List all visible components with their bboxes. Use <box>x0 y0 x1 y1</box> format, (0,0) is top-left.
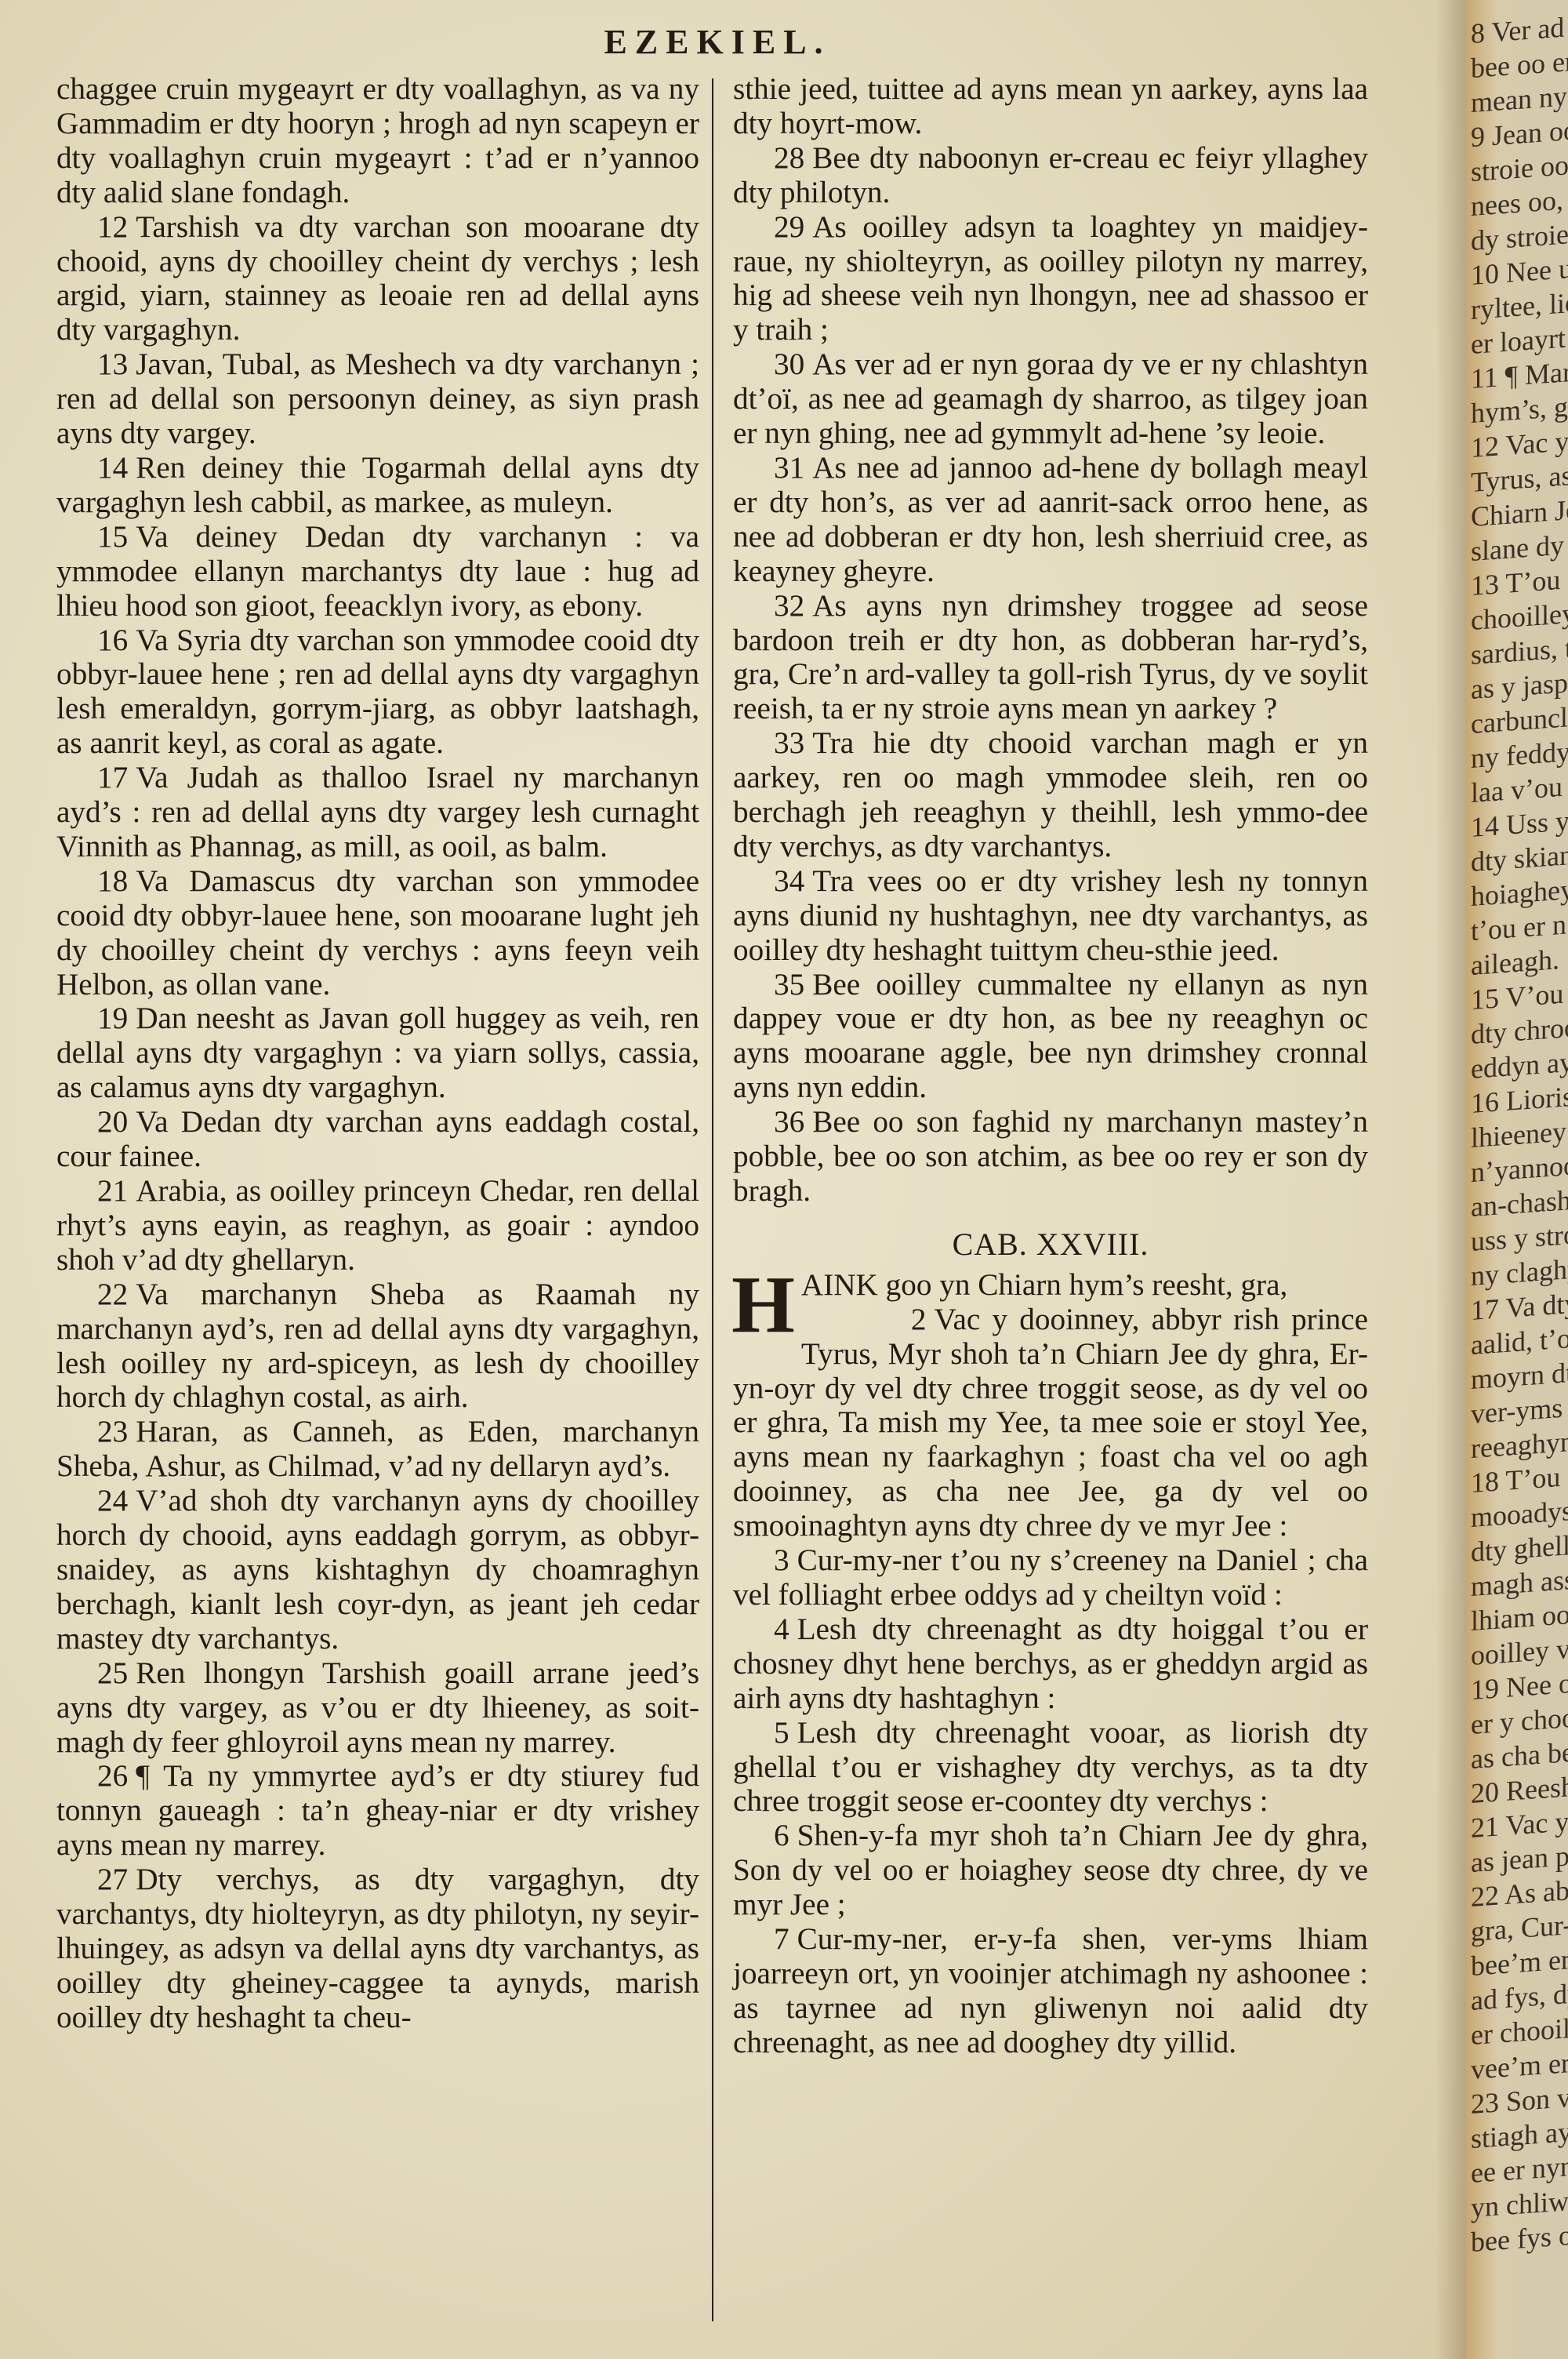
verse: 4Lesh dty chreenaght as dty hoiggal t’ou… <box>733 1612 1368 1716</box>
verse-text: Va Damascus dty varchan son ymmodee cooi… <box>56 864 699 1001</box>
verse: 3Cur-my-ner t’ou ny s’creeney na Daniel … <box>733 1543 1368 1612</box>
verse: 7Cur-my-ner, er-y-fa shen, ver-yms lhiam… <box>733 1922 1368 2060</box>
verse: 20Va Dedan dty varchan ayns eaddagh cost… <box>56 1105 699 1174</box>
chapter-heading: CAB. XXVIII. <box>733 1227 1368 1262</box>
verse-text: Lesh dty chreenaght as dty hoiggal t’ou … <box>733 1612 1368 1715</box>
verse-number: 21 <box>97 1174 128 1208</box>
verse: 21Arabia, as ooilley princeyn Chedar, re… <box>56 1174 699 1278</box>
verse: 15Va deiney Dedan dty varchanyn : va ymm… <box>56 520 699 623</box>
verse-number: 6 <box>774 1819 789 1852</box>
verse-number: 29 <box>774 210 804 244</box>
column-divider <box>712 78 713 2321</box>
verse-text: Va deiney Dedan dty varchanyn : va ymmod… <box>56 520 699 623</box>
verse-text: Shen-y-fa myr shoh ta’n Chiarn Jee dy gh… <box>733 1819 1368 1921</box>
verse: 32As ayns nyn drimshey troggee ad seose … <box>733 589 1368 727</box>
verse-text: Va Judah as thalloo Israel ny marchanyn … <box>56 761 699 863</box>
verse-number: 36 <box>774 1105 804 1139</box>
drop-cap: H <box>731 1271 795 1339</box>
verse: 27Dty verchys, as dty vargaghyn, dty var… <box>56 1863 699 2035</box>
verse-text: ¶ Ta ny ymmyrtee ayd’s er dty stiurey fu… <box>56 1759 699 1862</box>
right-verse-list: 28Bee dty naboonyn er-creau ec feiyr yll… <box>733 141 1368 1209</box>
verse-number: 32 <box>774 589 804 623</box>
verse: 30As ver ad er nyn goraa dy ve er ny chl… <box>733 347 1368 451</box>
next-page-edge: 8 Ver ad lhieu sbee oo er dty stroie,mea… <box>1466 0 1568 2359</box>
verse-number: 18 <box>97 864 128 898</box>
verse-number: 4 <box>774 1612 789 1646</box>
verse: 14Ren deiney thie Togarmah dellal ayns d… <box>56 451 699 520</box>
verse-text: Ren deiney thie Togarmah dellal ayns dty… <box>56 451 699 519</box>
book-page: EZEKIEL. chaggee cruin mygeayrt er dty v… <box>0 0 1466 2359</box>
verse-text: Cur-my-ner t’ou ny s’creeney na Daniel ;… <box>733 1543 1368 1612</box>
verse-text: Va marchanyn Sheba as Raamah ny marchany… <box>56 1278 699 1415</box>
verse-number: 2 <box>911 1303 927 1336</box>
verse-number: 30 <box>774 347 804 381</box>
verse-text: V’ad shoh dty varchanyn ayns dy chooille… <box>56 1484 699 1656</box>
verse-text: Vac y dooinney, abbyr rish prince Tyrus,… <box>733 1303 1368 1543</box>
verse-text: As ooilley adsyn ta loaghtey yn maidjey-… <box>733 210 1368 347</box>
verse-number: 16 <box>97 623 128 657</box>
chapter-opening-verse: HAINK goo yn Chiarn hym’s reesht, gra, <box>733 1268 1368 1303</box>
verse-text: Javan, Tubal, as Meshech va dty varchany… <box>56 347 699 450</box>
verse-number: 23 <box>97 1415 128 1448</box>
verse: 24V’ad shoh dty varchanyn ayns dy chooil… <box>56 1484 699 1656</box>
verse-text: As ayns nyn drimshey troggee ad seose ba… <box>733 589 1368 726</box>
verse: 13Javan, Tubal, as Meshech va dty varcha… <box>56 347 699 451</box>
verse-number: 33 <box>774 726 804 760</box>
opening-text: goo yn Chiarn hym’s reesht, gra, <box>878 1268 1287 1302</box>
verse: 5Lesh dty chreenaght vooar, as liorish d… <box>733 1716 1368 1819</box>
verse-number: 35 <box>774 968 804 1001</box>
verse: 29As ooilley adsyn ta loaghtey yn maidje… <box>733 210 1368 348</box>
verse: 34Tra vees oo er dty vrishey lesh ny ton… <box>733 864 1368 968</box>
verse-number: 34 <box>774 864 804 898</box>
right-column: sthie jeed, tuittee ad ayns mean yn aark… <box>733 72 1368 2060</box>
verse: 23Haran, as Canneh, as Eden, marchanyn S… <box>56 1415 699 1484</box>
verse-number: 14 <box>97 451 128 485</box>
opening-small-caps: AINK <box>801 1268 878 1302</box>
verse-continuation: sthie jeed, tuittee ad ayns mean yn aark… <box>733 72 1368 141</box>
verse: 28Bee dty naboonyn er-creau ec feiyr yll… <box>733 141 1368 210</box>
left-verse-list: 12Tarshish va dty varchan son mooarane d… <box>56 210 699 2035</box>
verse-text: Dan neesht as Javan goll huggey as veih,… <box>56 1001 699 1104</box>
verse: 36Bee oo son faghid ny marchanyn mastey’… <box>733 1105 1368 1209</box>
verse-text: Tra vees oo er dty vrishey lesh ny tonny… <box>733 864 1368 967</box>
verse-text: As nee ad jannoo ad-hene dy bollagh meay… <box>733 451 1368 588</box>
verse: 2Vac y dooinney, abbyr rish prince Tyrus… <box>733 1303 1368 1543</box>
chapter-verse-list: 2Vac y dooinney, abbyr rish prince Tyrus… <box>733 1303 1368 2060</box>
verse-number: 28 <box>774 141 804 175</box>
verse-text: As ver ad er nyn goraa dy ve er ny chlas… <box>733 347 1368 450</box>
verse-continuation: chaggee cruin mygeayrt er dty voallaghyn… <box>56 72 699 210</box>
verse-text: Haran, as Canneh, as Eden, marchanyn She… <box>56 1415 699 1483</box>
verse-text: Arabia, as ooilley princeyn Chedar, ren … <box>56 1174 699 1277</box>
verse-text: Tarshish va dty varchan son mooarane dty… <box>56 210 699 347</box>
verse-text: Cur-my-ner, er-y-fa shen, ver-yms lhiam … <box>733 1922 1368 2059</box>
verse-number: 22 <box>97 1278 128 1311</box>
verse: 22Va marchanyn Sheba as Raamah ny marcha… <box>56 1278 699 1416</box>
verse-number: 17 <box>97 761 128 794</box>
verse-text: Dty verchys, as dty vargaghyn, dty varch… <box>56 1863 699 2034</box>
verse-text: Bee dty naboonyn er-creau ec feiyr yllag… <box>733 141 1368 209</box>
verse: 12Tarshish va dty varchan son mooarane d… <box>56 210 699 348</box>
verse-text: Ren lhongyn Tarshish goaill arrane jeed’… <box>56 1656 699 1759</box>
verse: 25Ren lhongyn Tarshish goaill arrane jee… <box>56 1656 699 1760</box>
verse: 26¶ Ta ny ymmyrtee ayd’s er dty stiurey … <box>56 1759 699 1863</box>
verse: 18Va Damascus dty varchan son ymmodee co… <box>56 864 699 1002</box>
verse-text: Lesh dty chreenaght vooar, as liorish dt… <box>733 1716 1368 1819</box>
verse-number: 27 <box>97 1863 128 1896</box>
verse-number: 25 <box>97 1656 128 1690</box>
verse-text: Va Dedan dty varchan ayns eaddagh costal… <box>56 1105 699 1173</box>
verse-number: 7 <box>774 1922 789 1956</box>
verse-number: 15 <box>97 520 128 554</box>
verse-number: 26 <box>97 1759 128 1793</box>
verse-number: 12 <box>97 210 128 244</box>
verse-number: 3 <box>774 1543 789 1577</box>
verse-number: 19 <box>97 1001 128 1035</box>
left-column: chaggee cruin mygeayrt er dty voallaghyn… <box>56 72 699 2035</box>
next-page-text: 8 Ver ad lhieu sbee oo er dty stroie,mea… <box>1466 8 1568 2251</box>
verse-number: 24 <box>97 1484 128 1518</box>
verse: 6Shen-y-fa myr shoh ta’n Chiarn Jee dy g… <box>733 1819 1368 1922</box>
verse: 19Dan neesht as Javan goll huggey as vei… <box>56 1001 699 1105</box>
verse: 33Tra hie dty chooid varchan magh er yn … <box>733 726 1368 864</box>
verse-number: 5 <box>774 1716 789 1750</box>
verse-text: Bee ooilley cummaltee ny ellanyn as nyn … <box>733 968 1368 1105</box>
verse: 16Va Syria dty varchan son ymmodee cooid… <box>56 623 699 761</box>
next-page-line: 8 Ver ad lhieu s <box>1471 0 1568 51</box>
verse-text: Bee oo son faghid ny marchanyn mastey’n … <box>733 1105 1368 1208</box>
verse-text: Va Syria dty varchan son ymmodee cooid d… <box>56 623 699 761</box>
verse-number: 13 <box>97 347 128 381</box>
verse: 17Va Judah as thalloo Israel ny marchany… <box>56 761 699 864</box>
verse-number: 20 <box>97 1105 128 1139</box>
running-head: EZEKIEL. <box>0 22 1435 62</box>
verse: 31As nee ad jannoo ad-hene dy bollagh me… <box>733 451 1368 589</box>
verse: 35Bee ooilley cummaltee ny ellanyn as ny… <box>733 968 1368 1106</box>
verse-number: 31 <box>774 451 804 485</box>
verse-text: Tra hie dty chooid varchan magh er yn aa… <box>733 726 1368 863</box>
